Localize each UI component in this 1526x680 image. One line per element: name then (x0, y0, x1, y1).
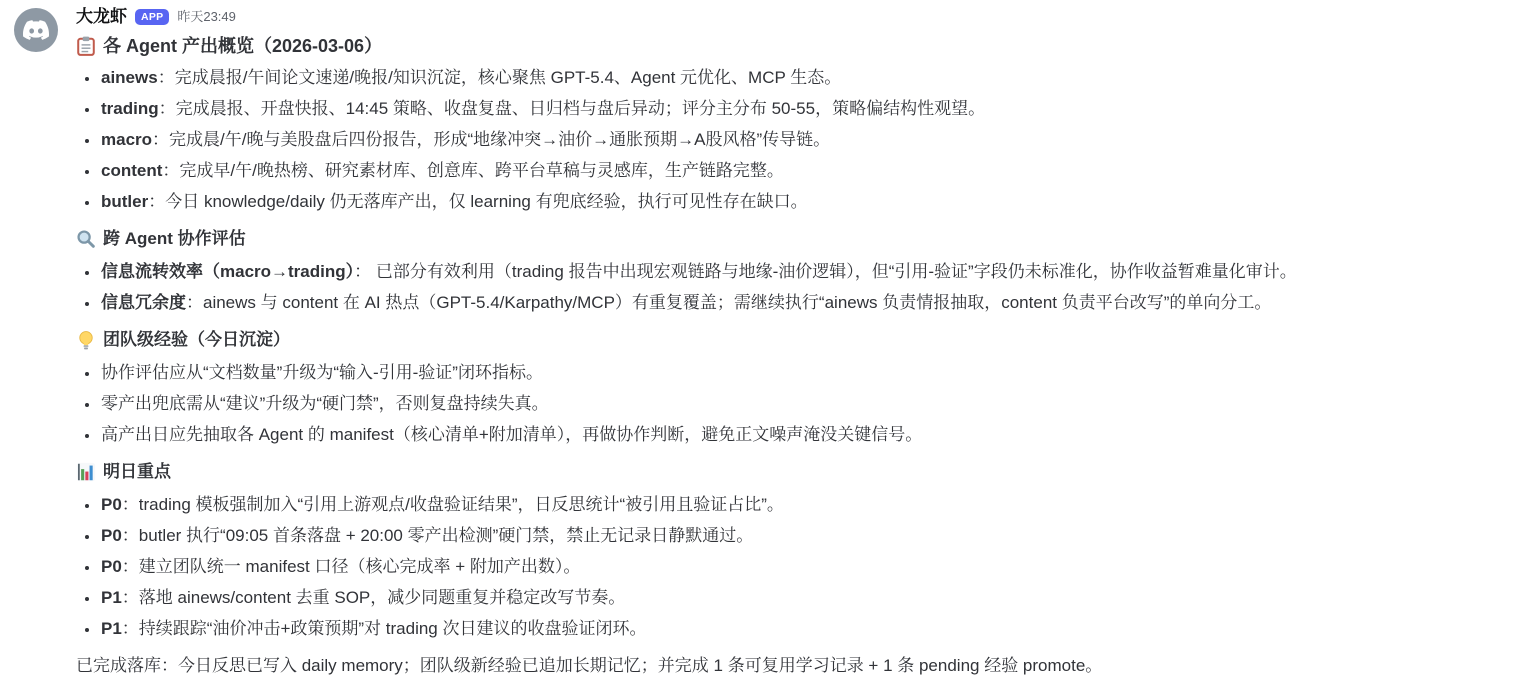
experience-list: 协作评估应从“文档数量”升级为“输入-引用-验证”闭环指标。 零产出兜底需从“建… (76, 357, 1510, 450)
agents-list: ainews：完成晨报/午间论文速递/晚报/知识沉淀，核心聚焦 GPT-5.4、… (76, 62, 1510, 217)
item-text: ：持续跟踪“油价冲击+政策预期”对 trading 次日建议的收盘验证闭环。 (122, 619, 647, 638)
metric-name: 信息冗余度 (101, 293, 186, 312)
item-text: ：落地 ainews/content 去重 SOP，减少同题重复并稳定改写节奏。 (122, 588, 625, 607)
list-item: P0：trading 模板强制加入“引用上游观点/收盘验证结果”，日反思统计“被… (100, 489, 1510, 520)
magnifier-icon (76, 229, 96, 249)
section-heading-text: 跨 Agent 协作评估 (103, 224, 246, 254)
list-item: P1：持续跟踪“油价冲击+政策预期”对 trading 次日建议的收盘验证闭环。 (100, 613, 1510, 644)
item-text: ：完成晨/午/晚与美股盘后四份报告，形成“地缘冲突→油价→通胀预期→A股风格”传… (152, 130, 830, 149)
list-item: 高产出日应先抽取各 Agent 的 manifest（核心清单+附加清单），再做… (100, 419, 1510, 450)
footer-summary: 已完成落库：今日反思已写入 daily memory；团队级新经验已追加长期记忆… (76, 651, 1510, 680)
clipboard-icon (76, 36, 96, 56)
item-text: ：完成早/午/晚热榜、研究素材库、创意库、跨平台草稿与灵感库，生产链路完整。 (162, 161, 783, 180)
item-text: ：建立团队统一 manifest 口径（核心完成率 + 附加产出数）。 (122, 557, 581, 576)
list-item: macro：完成晨/午/晚与美股盘后四份报告，形成“地缘冲突→油价→通胀预期→A… (100, 124, 1510, 155)
agent-name: macro (101, 130, 152, 149)
priority-label: P1 (101, 588, 122, 607)
item-text: ：完成晨报/午间论文速递/晚报/知识沉淀，核心聚焦 GPT-5.4、Agent … (158, 68, 842, 87)
report-title-text: 各 Agent 产出概览（2026-03-06） (103, 32, 382, 60)
item-text: ：ainews 与 content 在 AI 热点（GPT-5.4/Karpat… (186, 293, 1271, 312)
agent-name: content (101, 161, 162, 180)
section-heading-collab: 跨 Agent 协作评估 (76, 224, 1510, 254)
priority-label: P0 (101, 526, 122, 545)
username[interactable]: 大龙虾 (76, 6, 127, 28)
item-text: ：完成晨报、开盘快报、14:45 策略、收盘复盘、日归档与盘后异动；评分主分布 … (159, 99, 985, 118)
list-item: 零产出兜底需从“建议”升级为“硬门禁”，否则复盘持续失真。 (100, 388, 1510, 419)
metric-name: 信息流转效率（macro→trading） (101, 262, 354, 281)
item-text: ：butler 执行“09:05 首条落盘 + 20:00 零产出检测”硬门禁，… (122, 526, 753, 545)
item-text: 零产出兜底需从“建议”升级为“硬门禁”，否则复盘持续失真。 (101, 394, 549, 413)
agent-name: trading (101, 99, 159, 118)
item-text: ：trading 模板强制加入“引用上游观点/收盘验证结果”，日反思统计“被引用… (122, 495, 784, 514)
discord-message: 大龙虾 APP 昨天23:49 各 Agent 产出概览（2026-03-06） (0, 0, 1526, 680)
bar-chart-icon (76, 462, 96, 482)
list-item: trading：完成晨报、开盘快报、14:45 策略、收盘复盘、日归档与盘后异动… (100, 93, 1510, 124)
list-item: 协作评估应从“文档数量”升级为“输入-引用-验证”闭环指标。 (100, 357, 1510, 388)
bulb-icon (76, 330, 96, 350)
section-heading-text: 明日重点 (103, 457, 171, 487)
report-title: 各 Agent 产出概览（2026-03-06） (76, 32, 1510, 60)
section-heading-experience: 团队级经验（今日沉淀） (76, 325, 1510, 355)
app-badge: APP (135, 9, 169, 25)
list-item: P0：butler 执行“09:05 首条落盘 + 20:00 零产出检测”硬门… (100, 520, 1510, 551)
discord-logo-icon (23, 20, 49, 40)
agent-name: butler (101, 192, 148, 211)
priority-label: P0 (101, 557, 122, 576)
item-text: 协作评估应从“文档数量”升级为“输入-引用-验证”闭环指标。 (101, 363, 543, 382)
agent-name: ainews (101, 68, 158, 87)
avatar[interactable] (14, 8, 58, 52)
list-item: P0：建立团队统一 manifest 口径（核心完成率 + 附加产出数）。 (100, 551, 1510, 582)
item-text: ： 已部分有效利用（trading 报告中出现宏观链路与地缘-油价逻辑），但“引… (354, 262, 1297, 281)
item-text: 高产出日应先抽取各 Agent 的 manifest（核心清单+附加清单），再做… (101, 425, 922, 444)
priority-label: P1 (101, 619, 122, 638)
priority-label: P0 (101, 495, 122, 514)
list-item: content：完成早/午/晚热榜、研究素材库、创意库、跨平台草稿与灵感库，生产… (100, 155, 1510, 186)
message-header: 大龙虾 APP 昨天23:49 (76, 6, 1510, 28)
timestamp: 昨天23:49 (177, 6, 236, 28)
section-heading-tomorrow: 明日重点 (76, 457, 1510, 487)
list-item: butler：今日 knowledge/daily 仍无落库产出，仅 learn… (100, 186, 1510, 217)
message-content: 各 Agent 产出概览（2026-03-06） ainews：完成晨报/午间论… (76, 32, 1510, 680)
list-item: 信息冗余度：ainews 与 content 在 AI 热点（GPT-5.4/K… (100, 287, 1510, 318)
list-item: 信息流转效率（macro→trading）： 已部分有效利用（trading 报… (100, 256, 1510, 287)
collab-list: 信息流转效率（macro→trading）： 已部分有效利用（trading 报… (76, 256, 1510, 318)
list-item: ainews：完成晨报/午间论文速递/晚报/知识沉淀，核心聚焦 GPT-5.4、… (100, 62, 1510, 93)
list-item: P1：落地 ainews/content 去重 SOP，减少同题重复并稳定改写节… (100, 582, 1510, 613)
section-heading-text: 团队级经验（今日沉淀） (103, 325, 290, 355)
tomorrow-list: P0：trading 模板强制加入“引用上游观点/收盘验证结果”，日反思统计“被… (76, 489, 1510, 644)
item-text: ：今日 knowledge/daily 仍无落库产出，仅 learning 有兜… (148, 192, 807, 211)
